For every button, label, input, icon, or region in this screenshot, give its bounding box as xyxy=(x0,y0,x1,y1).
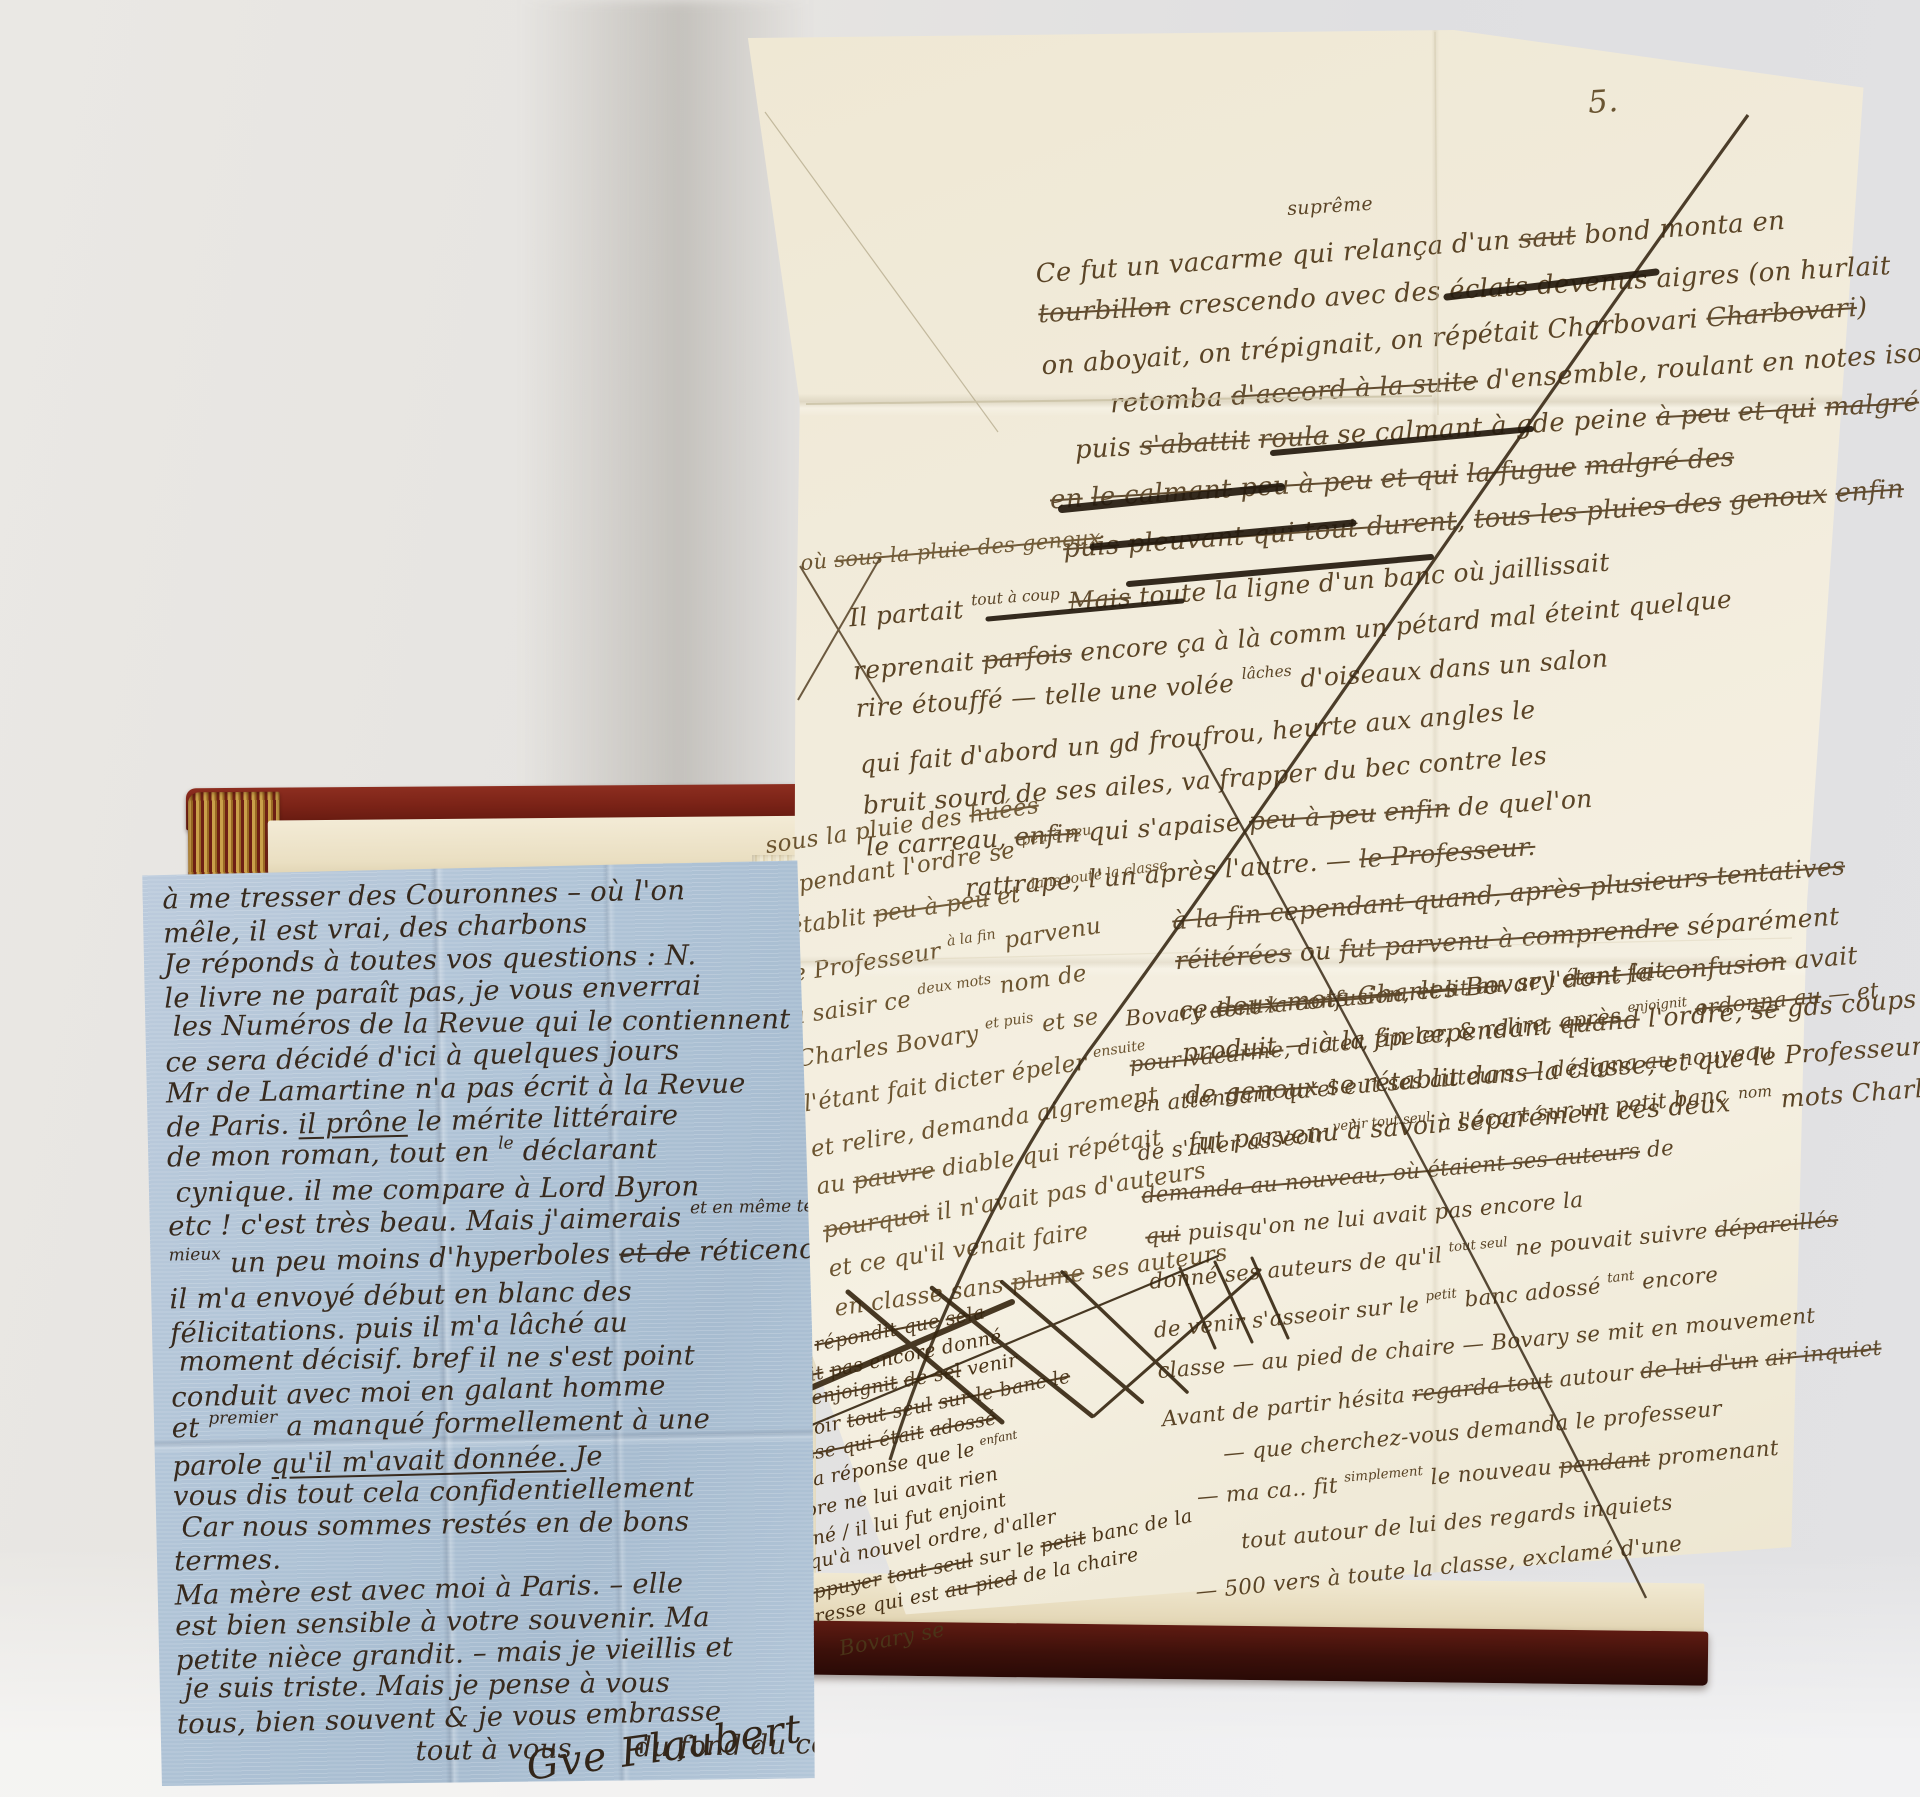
struck-words: pauvre xyxy=(851,1157,937,1194)
struck-words: tous les pluies des xyxy=(1473,487,1722,535)
struck-words: regarda tout xyxy=(1411,1368,1554,1407)
struck-words: le calmant xyxy=(1090,474,1232,513)
struck-words: huées xyxy=(967,793,1040,829)
struck-words: et qui xyxy=(1738,393,1817,427)
struck-words: malgré des xyxy=(1584,443,1735,482)
struck-words: pour vacarme xyxy=(1128,1037,1284,1077)
struck-words: de lui d'un xyxy=(1639,1348,1759,1385)
inserted-words: à la fin xyxy=(946,927,997,951)
book-gilt-fore-edge xyxy=(188,792,281,881)
struck-words: et qui xyxy=(1380,460,1459,495)
struck-words: d'accord à la suite xyxy=(1230,366,1479,411)
struck-words: dont la confusion xyxy=(1209,982,1403,1024)
inserted-words: lâches xyxy=(1241,662,1292,683)
inserted-words: premier xyxy=(208,1408,277,1429)
inserted-words: le xyxy=(498,1133,514,1153)
page-number: 5. xyxy=(1587,83,1620,121)
underlined-words: qu'il m'avait donnée. xyxy=(271,1441,567,1480)
struck-words: en xyxy=(1049,483,1084,515)
struck-words: peu à peu xyxy=(1239,465,1373,503)
inserted-words: venir tout seul xyxy=(1332,1110,1431,1135)
struck-words: enfin xyxy=(1835,474,1905,509)
underlined-words: il prône xyxy=(298,1106,408,1141)
struck-words: et de xyxy=(619,1236,691,1270)
inserted-words: et puis xyxy=(984,1010,1035,1033)
inserted-words: enjoignit xyxy=(1627,995,1688,1016)
struck-words: saut xyxy=(1518,221,1577,255)
struck-words: le Professeur. xyxy=(1358,832,1536,874)
struck-words: dépareillés xyxy=(1714,1207,1840,1243)
manuscript-paragraph-top: suprêmeCe fut un vacarme qui relança d'u… xyxy=(1031,151,1872,570)
struck-words: la fugue xyxy=(1466,452,1577,489)
inserted-words: tout seul xyxy=(1448,1235,1508,1255)
letter-text: à me tresser des Couronnes – où l'onmêle… xyxy=(162,873,802,1772)
struck-words: Charbovari xyxy=(1705,293,1858,334)
struck-words: ordonna au xyxy=(1694,984,1823,1021)
struck-words: et lit au xyxy=(1415,972,1504,1005)
struck-words: air inquiet xyxy=(1764,1336,1883,1372)
inserted-words: peu à peu xyxy=(1020,822,1093,849)
inserted-words: tout à coup xyxy=(970,585,1060,609)
struck-words: s'abattit xyxy=(1139,426,1251,462)
struck-words: malgré xyxy=(1824,388,1920,423)
inserted-words: deux mots xyxy=(916,972,992,999)
struck-words: peu à peu xyxy=(1248,798,1377,835)
struck-words: à peu xyxy=(1655,398,1731,432)
struck-words: pendant xyxy=(1558,1447,1651,1480)
inserted-words: simplement xyxy=(1344,1464,1424,1486)
blue-autograph-letter: à me tresser des Couronnes – où l'onmêle… xyxy=(142,860,820,1789)
struck-words: qui xyxy=(1144,1222,1181,1250)
struck-words: roula xyxy=(1258,421,1330,455)
photo-stage: 5. suprêmeCe fut un vacarme qui relança … xyxy=(0,0,1920,1797)
inserted-words: tant xyxy=(1607,1269,1636,1287)
struck-words: parfois xyxy=(981,639,1073,675)
struck-words: peu à peu xyxy=(871,886,991,928)
struck-words: au xyxy=(1644,1048,1673,1075)
struck-words: enfin xyxy=(1383,793,1451,826)
inserted-words: petit xyxy=(1425,1286,1458,1304)
struck-words: Mais xyxy=(1067,583,1131,617)
struck-words: genoux xyxy=(1729,480,1829,517)
struck-words: tourbillon xyxy=(1037,292,1171,329)
inserted-words: mieux xyxy=(168,1245,221,1266)
